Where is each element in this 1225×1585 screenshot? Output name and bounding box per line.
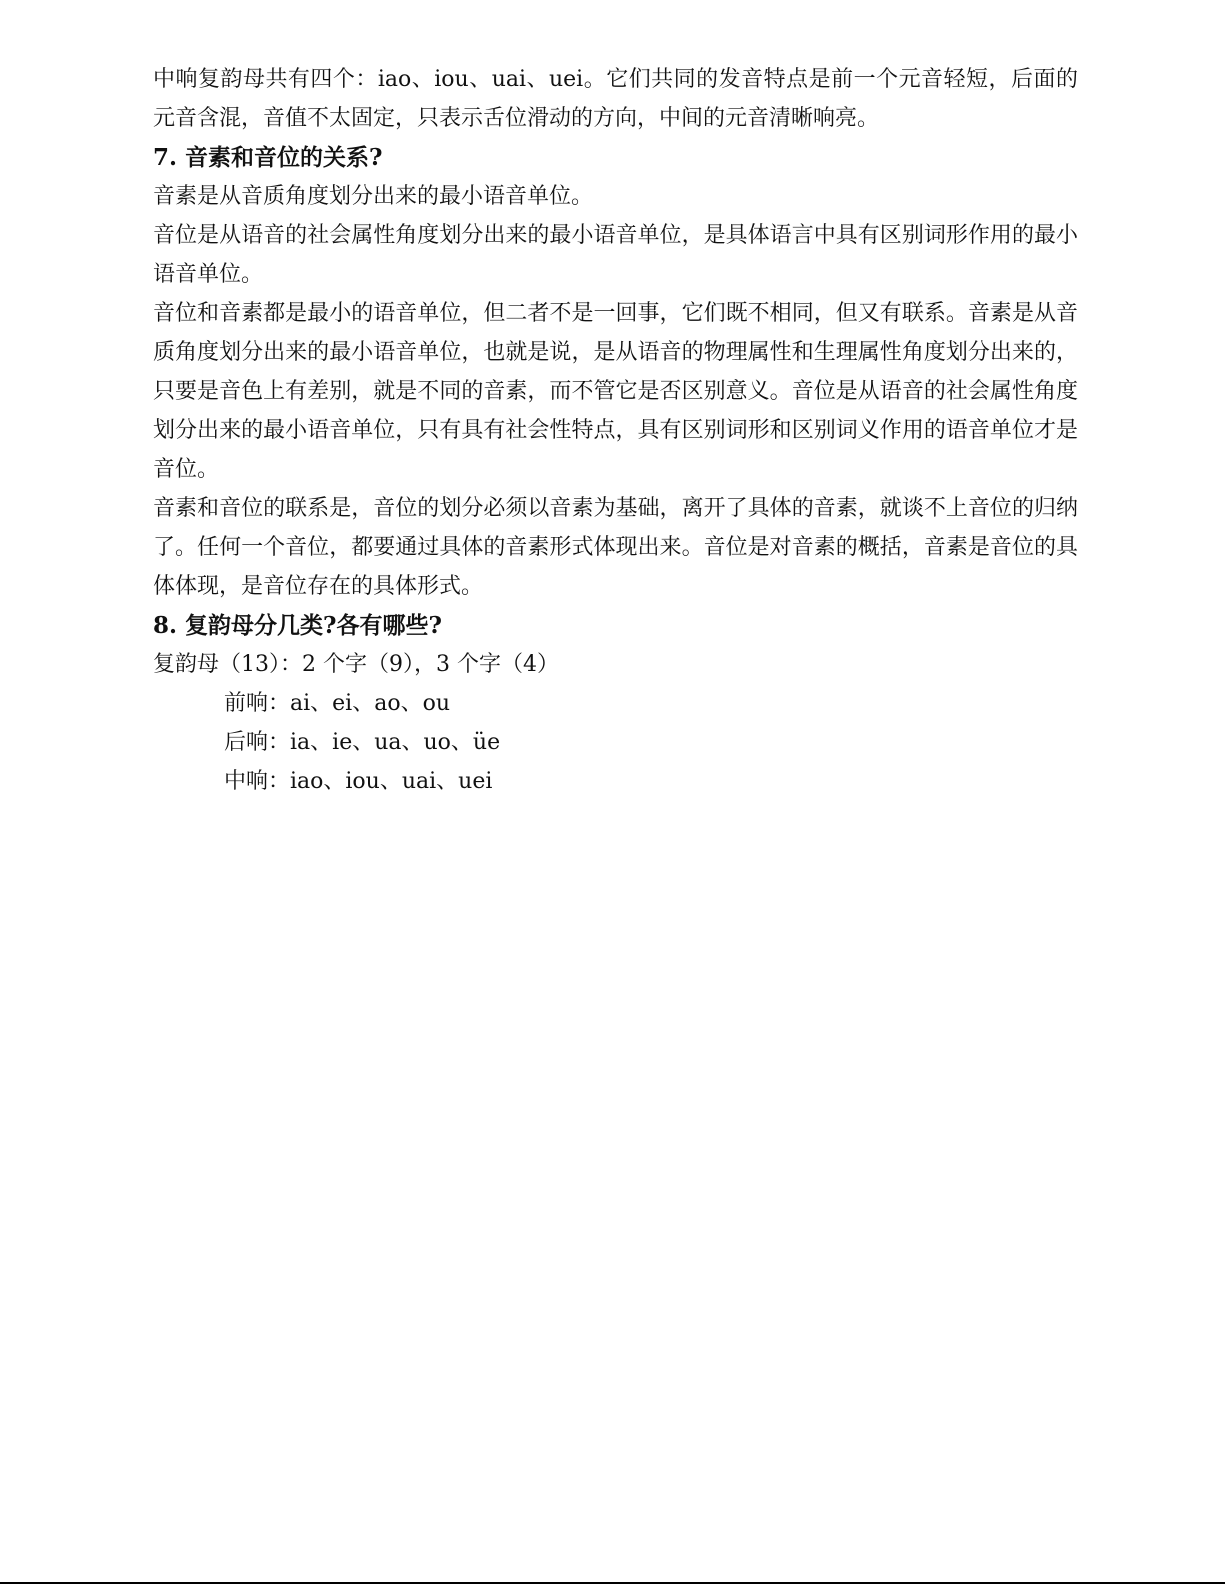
paragraph-connection: 音素和音位的联系是，音位的划分必须以音素为基础，离开了具体的音素，就谈不上音位的…	[153, 489, 1078, 606]
list-item-middle-stressed: 中响：iao、iou、uai、uei	[153, 762, 1078, 801]
paragraph-medial-finals: 中响复韵母共有四个：iao、iou、uai、uei。它们共同的发音特点是前一个元…	[153, 60, 1078, 138]
paragraph-phone-definition: 音素是从音质角度划分出来的最小语音单位。	[153, 177, 1078, 216]
page-bottom-border	[0, 1582, 1225, 1584]
paragraph-phoneme-definition: 音位是从语音的社会属性角度划分出来的最小语音单位，是具体语言中具有区别词形作用的…	[153, 216, 1078, 294]
document-page: 中响复韵母共有四个：iao、iou、uai、uei。它们共同的发音特点是前一个元…	[0, 0, 1225, 1585]
paragraph-compound-finals-count: 复韵母（13）：2 个字（9），3 个字（4）	[153, 645, 1078, 684]
heading-question-7: 7. 音素和音位的关系?	[153, 138, 1078, 177]
document-body: 中响复韵母共有四个：iao、iou、uai、uei。它们共同的发音特点是前一个元…	[153, 60, 1078, 801]
heading-question-8: 8. 复韵母分几类?各有哪些?	[153, 606, 1078, 645]
list-item-back-stressed: 后响：ia、ie、ua、uo、üe	[153, 723, 1078, 762]
list-item-front-stressed: 前响：ai、ei、ao、ou	[153, 684, 1078, 723]
paragraph-difference: 音位和音素都是最小的语音单位，但二者不是一回事，它们既不相同，但又有联系。音素是…	[153, 294, 1078, 489]
